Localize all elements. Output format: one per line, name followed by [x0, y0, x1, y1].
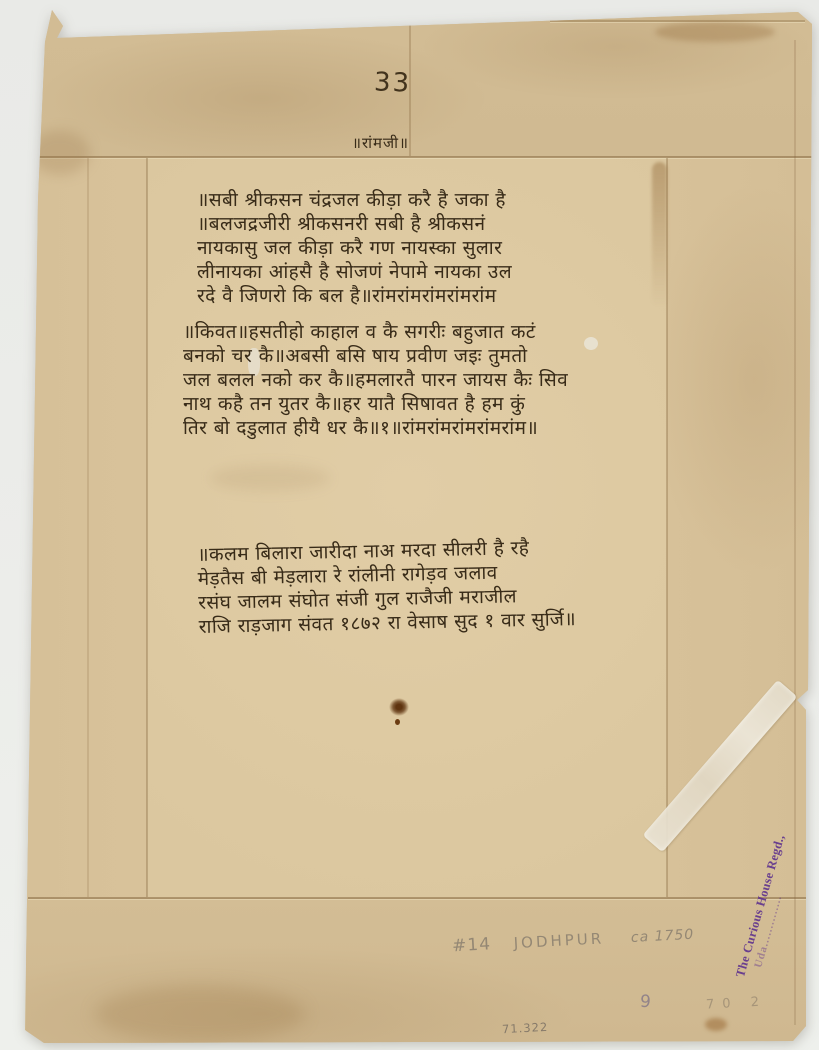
vertical-fold-edge-right	[794, 40, 796, 1025]
text-line: ॥बलजद्रजीरी श्रीकसनरी सबी है श्रीकसनं	[197, 212, 512, 236]
manuscript-sheet-wrapper: 33 ॥रांमजी॥ ॥सबी श्रीकसन चंद्रजल कीड़ा क…	[0, 0, 819, 1050]
manuscript-sheet: 33 ॥रांमजी॥ ॥सबी श्रीकसन चंद्रजल कीड़ा क…	[0, 0, 819, 1050]
invocation-text: ॥रांमजी॥	[352, 133, 409, 153]
horizontal-crease-top	[26, 156, 812, 158]
horizontal-crease-bottom	[28, 897, 808, 899]
text-line: लीनायका आंहसै है सोजणं नेपामे नायका उल	[197, 260, 512, 284]
text-line: रदे वै जिणरो कि बल है॥रांमरांमरांमरांमरा…	[197, 284, 512, 308]
text-line: ॥किवत॥हसतीहो काहाल व कै सगरीः बहुजात कटं	[183, 320, 568, 344]
pencil-faint-number: 70 2	[706, 994, 768, 1012]
text-line: नायकासु जल कीड़ा करै गण नायस्का सुलार	[197, 236, 512, 260]
bottom-right-stain	[705, 1018, 727, 1031]
pencil-page-number: 9	[639, 992, 651, 1013]
top-edge-stain	[655, 22, 775, 42]
top-edge-crease	[550, 20, 805, 22]
folio-number: 33	[373, 67, 411, 98]
text-line: बनको चर कै॥अबसी बसि षाय प्रवीण जइः तुमतो	[183, 344, 568, 368]
pencil-place: JODHPUR	[513, 929, 604, 952]
text-line: जल बलल नको कर कै॥हमलारतै पारन जायस कैः स…	[183, 368, 568, 392]
text-line: नाथ कहै तन युतर कै॥हर यातै सिषावत है हम …	[183, 392, 568, 416]
text-line: तिर बो दडुलात हीयै धर कै॥१॥रांमरांमरांमर…	[183, 416, 568, 440]
left-edge-stain	[30, 130, 90, 175]
center-ink-dot	[395, 719, 400, 725]
vertical-fold-left	[146, 158, 148, 897]
pencil-accession-number: 71.322	[502, 1020, 549, 1036]
faint-mid-stain	[210, 465, 330, 491]
text-block-2: ॥किवत॥हसतीहो काहाल व कै सगरीः बहुजात कटं…	[183, 320, 568, 440]
pencil-catalog-number: #14	[452, 934, 492, 956]
text-block-3-colophon: ॥कलम बिलारा जारीदा नाअ मरदा सीलरी है रहै…	[197, 535, 576, 639]
ink-drip-stain	[652, 162, 667, 307]
vertical-fold-far-left	[87, 158, 89, 897]
center-ink-blot	[389, 698, 409, 716]
text-line: ॥सबी श्रीकसन चंद्रजल कीड़ा करै है जका है	[197, 188, 512, 212]
bottom-left-stain	[95, 985, 305, 1043]
white-correction-speck-right	[584, 337, 598, 350]
photograph-background: 33 ॥रांमजी॥ ॥सबी श्रीकसन चंद्रजल कीड़ा क…	[0, 0, 819, 1050]
text-block-1: ॥सबी श्रीकसन चंद्रजल कीड़ा करै है जका है…	[197, 188, 512, 308]
pencil-circa-date: ca 1750	[631, 927, 695, 946]
